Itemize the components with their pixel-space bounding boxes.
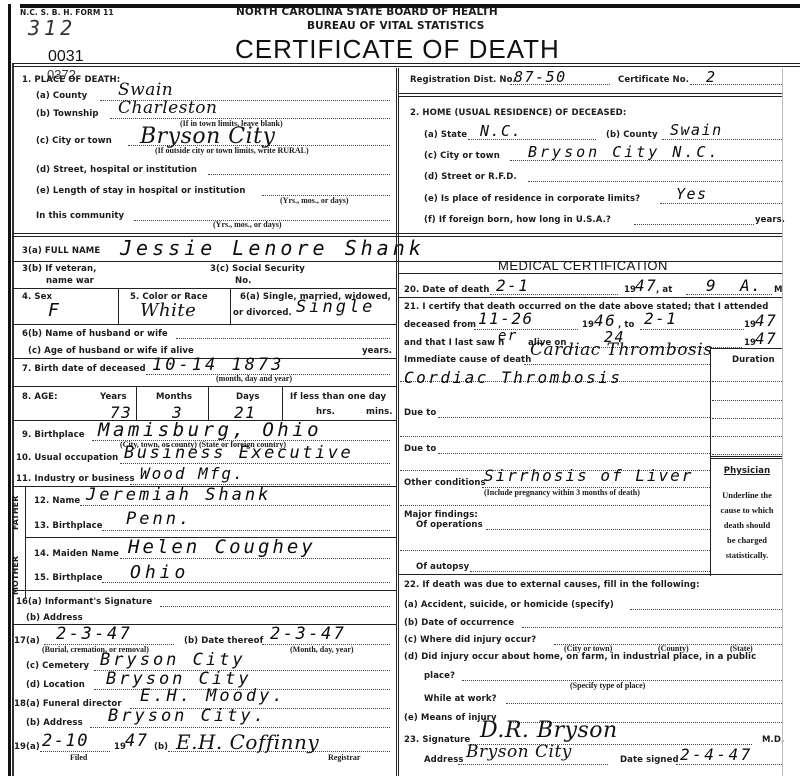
street-label: (d) Street, hospital or institution: [36, 165, 197, 175]
date-signed-label: Date signed: [620, 755, 679, 765]
cemetery-label: (c) Cemetery: [26, 661, 89, 671]
major-findings-label: Major findings:: [404, 510, 478, 520]
marital-label-2: or divorced.: [233, 308, 292, 318]
immediate-cause-line: [524, 364, 710, 365]
county-label: (a) County: [36, 91, 87, 101]
months-label: Months: [156, 392, 192, 402]
death-year-value: 47: [635, 276, 657, 295]
veteran-rule: [12, 288, 396, 289]
days-divider: [282, 386, 283, 420]
registrar-note: Registrar: [328, 753, 360, 762]
autopsy-label: Of autopsy: [416, 562, 469, 572]
registrar-label-b: (b): [154, 742, 168, 752]
father-side-label: FATHER: [11, 496, 20, 531]
physician-note-line: statistically.: [712, 548, 782, 563]
due-to-1-label: Due to: [404, 408, 436, 418]
duration-divider: [710, 348, 711, 576]
race-value: White: [140, 300, 196, 321]
sex-divider: [118, 288, 119, 324]
medical-heading-rule: [398, 273, 782, 274]
autopsy-line: [470, 571, 710, 572]
informant-line: [160, 606, 390, 607]
full-name-label: 3(a) FULL NAME: [22, 246, 100, 256]
ssn-label-2: No.: [235, 276, 251, 286]
birth-date-value: 10-14 1873: [152, 355, 284, 375]
where-injury-label: (c) Where did injury occur?: [404, 635, 536, 645]
informant-signature-label: 16(a) Informant's Signature: [16, 597, 152, 607]
major-findings-top-line: [400, 505, 710, 506]
other-conditions-value: Sirrhosis of Liver: [484, 466, 693, 485]
injury-place-label: (d) Did injury occur about home, on farm…: [404, 652, 756, 662]
other-conditions-label: Other conditions: [404, 478, 486, 488]
death-ampm-value: A.: [740, 276, 762, 295]
mother-birthplace-value: Ohio: [130, 562, 189, 583]
certifier-address-line: [458, 764, 608, 765]
veteran-label-2: name war: [46, 276, 94, 286]
at-work-line: [506, 703, 782, 704]
birth-date-label: 7. Birth date of deceased: [22, 364, 146, 374]
res-county-line: [662, 139, 782, 140]
left-border: [8, 4, 11, 776]
less-than-day-label: If less than one day: [290, 392, 386, 402]
to-year-value: 47: [755, 311, 777, 330]
birth-note: (month, day and year): [216, 374, 292, 383]
certificate-label: Certificate No.: [618, 75, 689, 85]
father-birthplace-value: Penn.: [126, 509, 192, 529]
res-county-label: (b) County: [606, 130, 658, 140]
duration-line-1: [712, 381, 782, 382]
at-work-label: While at work?: [424, 694, 497, 704]
hrs-label: hrs.: [316, 407, 335, 417]
registrar-signature: E.H. Coffinny: [176, 730, 319, 754]
date-signed-line: [676, 764, 782, 765]
res-corporate-line: [660, 203, 782, 204]
center-divider: [396, 236, 399, 776]
physician-note-line: be charged: [712, 533, 782, 548]
operations-line-2: [400, 550, 710, 551]
accident-label: (a) Accident, suicide, or homicide (spec…: [404, 600, 614, 610]
res-corporate-label: (e) Is place of residence in corporate l…: [424, 194, 640, 204]
death-date-label: 20. Date of death: [404, 285, 490, 295]
physician-signature: D.R. Bryson: [480, 718, 618, 743]
father-name-label: 12. Name: [34, 496, 80, 506]
city-label: (c) City or town: [36, 136, 112, 146]
place-note: (Specify type of place): [570, 681, 645, 690]
mother-birthplace-label: 15. Birthplace: [34, 573, 103, 583]
due-to-1-line: [438, 417, 710, 418]
ssn-label: 3(c) Social Security: [210, 264, 305, 274]
veteran-label: 3(b) If veteran,: [22, 264, 97, 274]
lastsaw-pronoun: er: [498, 328, 518, 344]
res-state-value: N.C.: [480, 122, 522, 140]
father-birthplace-label: 13. Birthplace: [34, 521, 103, 531]
full-name-value: Jessie Lenore Shank: [120, 236, 425, 260]
death-at-label: , at: [656, 285, 672, 295]
township-value: Charleston: [118, 98, 217, 118]
occurrence-line: [522, 627, 782, 628]
duration-line-2: [712, 400, 782, 401]
burial-disposition-value: 2-3-47: [56, 624, 132, 644]
months-divider: [208, 386, 209, 420]
director-address-label: (b) Address: [26, 718, 83, 728]
res-corporate-value: Yes: [676, 185, 708, 203]
from-date-value: 11-26: [478, 309, 534, 328]
county-value: Swain: [118, 80, 173, 100]
res-county-value: Swain: [670, 121, 723, 139]
lastsaw-year-value: 47: [755, 329, 777, 348]
burial-date-note: (Month, day, year): [290, 645, 354, 654]
res-street-line: [528, 181, 782, 182]
informant-address-label: (b) Address: [26, 613, 83, 623]
duration-line-3: [712, 418, 782, 419]
spouse-age-unit: years.: [362, 346, 392, 356]
spouse-label: 6(b) Name of husband or wife: [22, 329, 168, 339]
residence-heading: 2. HOME (USUAL RESIDENCE) OF DECEASED:: [410, 108, 626, 118]
filed-year-value: 47: [125, 731, 148, 751]
from-year-prefix: 19: [582, 320, 594, 330]
header-rule: [12, 63, 800, 67]
parents-side-divider: [25, 486, 26, 598]
physician-note: Underline the cause to which death shoul…: [712, 488, 782, 563]
stay-label: (e) Length of stay in hospital or instit…: [36, 186, 246, 196]
immediate-cause-label: Immediate cause of death: [404, 355, 531, 365]
death-date-rule: [398, 297, 782, 298]
operations-line: [486, 529, 710, 530]
mins-label: mins.: [366, 407, 393, 417]
spouse-line: [176, 338, 390, 339]
due-to-2-label: Due to: [404, 444, 436, 454]
mother-rule: [12, 590, 396, 591]
page-title: CERTIFICATE OF DEATH: [235, 34, 560, 65]
burial-date-value: 2-3-47: [270, 624, 346, 644]
other-conditions-note: (Include pregnancy within 3 months of de…: [484, 488, 640, 497]
res-foreign-line: [634, 224, 754, 225]
industry-label: 11. Industry or business: [16, 474, 135, 484]
res-street-label: (d) Street or R.F.D.: [424, 172, 517, 182]
age-label: 8. AGE:: [22, 392, 58, 402]
registration-dist-value: 87-50: [514, 68, 567, 86]
accident-line: [630, 609, 782, 610]
funeral-director-value: E.H. Moody.: [140, 686, 286, 706]
sex-rule: [12, 324, 396, 325]
to-line: [640, 329, 744, 330]
father-birthplace-line: [102, 530, 390, 531]
filed-label: 19(a): [14, 742, 40, 752]
certify-text: 21. I certify that death occurred on the…: [404, 302, 768, 312]
stay-note: (Yrs., mos., or days): [280, 196, 349, 205]
external-causes-heading: 22. If death was due to external causes,…: [404, 580, 700, 590]
occurrence-label: (b) Date of occurrence: [404, 618, 514, 628]
city-note: (If outside city or town limits, write R…: [155, 146, 309, 155]
bureau-name: BUREAU OF VITAL STATISTICS: [307, 20, 484, 32]
director-address-value: Bryson City.: [108, 706, 267, 726]
years-divider: [136, 386, 137, 420]
immediate-cause-value: Cardiac Thrombosis: [530, 340, 712, 360]
street-line: [208, 174, 390, 175]
sex-value: F: [48, 300, 60, 321]
res-state-label: (a) State: [424, 130, 467, 140]
date-signed-value: 2-4-47: [680, 745, 753, 764]
signature-label: 23. Signature: [404, 735, 470, 745]
funeral-director-label: 18(a) Funeral director: [14, 699, 122, 709]
duration-label: Duration: [732, 355, 775, 365]
duration-top-rule: [710, 348, 782, 349]
duration-line-5: [712, 454, 782, 455]
community-note: (Yrs., mos., or days): [213, 220, 282, 229]
burial-label: 17(a): [14, 636, 40, 646]
duration-bottom-rule: [710, 456, 782, 459]
cause-line-2-value: Cordiac Thrombosis: [404, 368, 622, 387]
race-divider: [230, 288, 231, 324]
industry-value: Wood Mfg.: [140, 464, 245, 483]
birth-rule: [12, 386, 396, 387]
mother-name-line: [120, 558, 390, 559]
cert-line: [690, 84, 782, 85]
filed-note: Filed: [70, 753, 87, 762]
res-city-label: (c) City or town: [424, 151, 500, 161]
medical-heading: MEDICAL CERTIFICATION: [498, 258, 668, 273]
location-label: (d) Location: [26, 680, 85, 690]
res-foreign-unit: years.: [755, 215, 785, 225]
due-to-2-line: [438, 453, 710, 454]
stamp-number: 312: [28, 16, 76, 40]
certificate-value: 2: [706, 68, 717, 86]
res-foreign-label: (f) If foreign born, how long in U.S.A.?: [424, 215, 611, 225]
to-date-value: 2-1: [644, 309, 677, 328]
right-margin: [782, 68, 783, 776]
agency-name: NORTH CAROLINA STATE BOARD OF HEALTH: [236, 6, 498, 18]
mother-name-label: 14. Maiden Name: [34, 549, 119, 559]
from-label: deceased from: [404, 320, 476, 330]
duration-line-4: [712, 436, 782, 437]
burial-date-label: (b) Date thereof: [184, 636, 263, 646]
director-address-line: [90, 727, 390, 728]
marital-value: Single: [296, 297, 375, 317]
occupation-label: 10. Usual occupation: [16, 453, 118, 463]
physician-note-line: Underline the: [712, 488, 782, 503]
operations-label: Of operations: [416, 520, 483, 530]
physician-note-line: death should: [712, 518, 782, 533]
father-name-line: [80, 505, 390, 506]
township-label: (b) Township: [36, 109, 99, 119]
res-city-value: Bryson City N.C.: [528, 143, 721, 161]
physician-note-line: cause to which: [712, 503, 782, 518]
days-label: Days: [236, 392, 260, 402]
filed-date-value: 2-10: [42, 731, 89, 751]
autopsy-rule: [398, 574, 782, 575]
years-label: Years: [100, 392, 127, 402]
birthplace-value: Mamisburg, Ohio: [98, 419, 322, 441]
registration-dist-label: Registration Dist. No.: [410, 75, 516, 85]
mother-name-value: Helen Coughey: [128, 536, 316, 558]
registration-rule: [398, 93, 782, 97]
from-line: [474, 329, 578, 330]
certifier-address-value: Bryson City: [466, 742, 572, 762]
death-time-value: 9: [706, 276, 717, 295]
due-to-1b-line: [400, 436, 710, 437]
physician-heading: Physician: [712, 466, 782, 476]
lastsaw-label: and that I last saw h: [404, 338, 504, 348]
occupation-value: Business Executive: [124, 443, 353, 463]
place-label: place?: [424, 671, 455, 681]
place-of-death-heading: 1. PLACE OF DEATH:: [22, 75, 120, 85]
father-name-value: Jeremiah Shank: [86, 485, 271, 505]
community-label: In this community: [36, 211, 124, 221]
cemetery-value: Bryson City: [100, 650, 246, 670]
death-date-value: 2-1: [496, 276, 529, 295]
filed-line: [40, 751, 110, 752]
birthplace-label: 9. Birthplace: [22, 430, 85, 440]
